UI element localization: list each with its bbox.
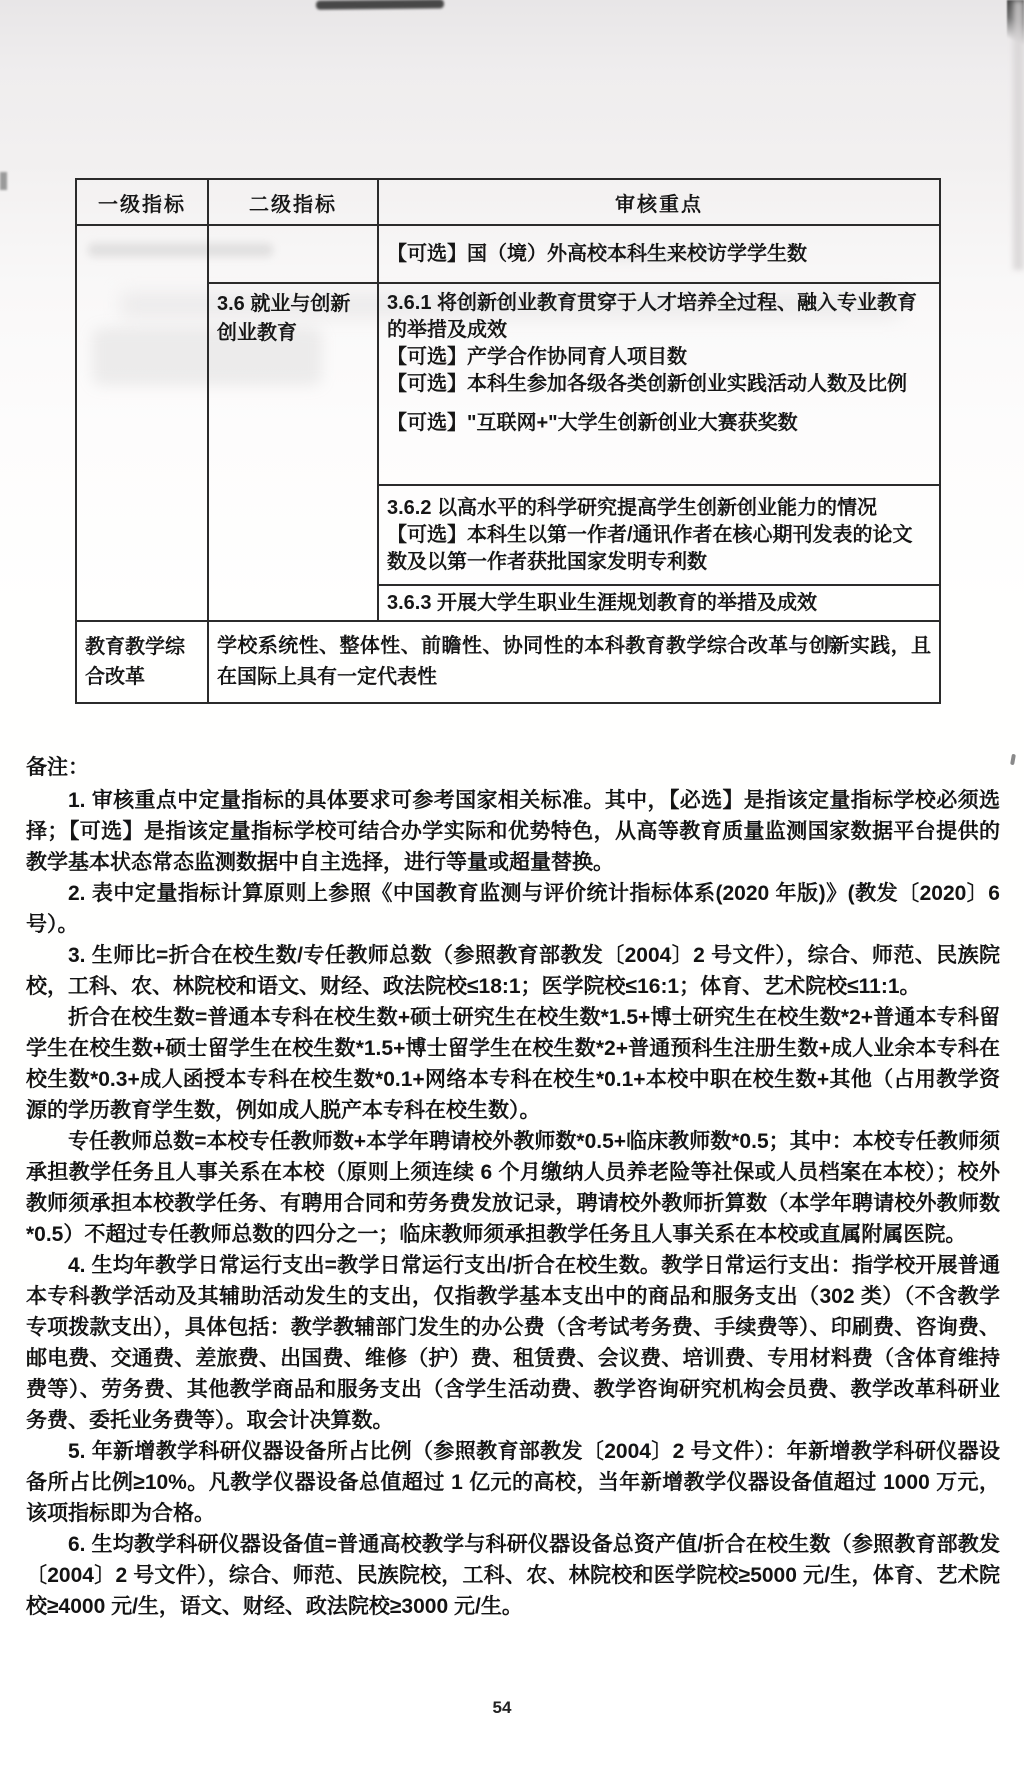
header-level1-indicator: 一级指标 xyxy=(76,179,208,225)
focus-361: 3.6.1 将创新创业教育贯穿于人才培养全过程、融入专业教育的举措及成效 【可选… xyxy=(378,283,940,485)
table-header-row: 一级指标 二级指标 审核重点 xyxy=(76,179,940,225)
focus-intl-students: 【可选】国（境）外高校本科生来校访学学生数 xyxy=(378,225,940,283)
note-6: 6. 生均教学科研仪器设备值=普通高校教学与科研仪器设备总资产值/折合在校生数（… xyxy=(26,1529,1000,1622)
reform-content: 学校系统性、整体性、前瞻性、协同性的本科教育教学综合改革与创新实践，且在国际上具… xyxy=(208,621,940,703)
page-number: 54 xyxy=(462,1698,542,1718)
level1-empty-cell xyxy=(76,225,208,621)
indicator-table: 一级指标 二级指标 审核重点 【可选】国（境）外高校本科生来校访学学生数 3.6… xyxy=(75,178,941,704)
table-row: 【可选】国（境）外高校本科生来校访学学生数 xyxy=(76,225,940,283)
note-3-formula-teachers: 专任教师总数=本校专任教师数+本学年聘请校外教师数*0.5+临床教师数*0.5；… xyxy=(26,1126,1000,1250)
focus-361-optional-3: 【可选】"互联网+"大学生创新创业大赛获奖数 xyxy=(387,410,931,437)
note-4: 4. 生均年教学日常运行支出=教学日常运行支出/折合在校生数。教学日常运行支出：… xyxy=(26,1250,1000,1436)
note-3: 3. 生师比=折合在校生数/专任教师总数（参照教育部教发〔2004〕2 号文件）… xyxy=(26,940,1000,1002)
scan-edge-shadow xyxy=(1013,0,1024,270)
note-2: 2. 表中定量指标计算原则上参照《中国教育监测与评价统计指标体系(2020 年版… xyxy=(26,878,1000,940)
focus-362-text: 3.6.2 以高水平的科学研究提高学生创新创业能力的情况 xyxy=(387,495,931,522)
note-1: 1. 审核重点中定量指标的具体要求可参考国家相关标准。其中，【必选】是指该定量指… xyxy=(26,785,1000,878)
header-review-focus: 审核重点 xyxy=(378,179,940,225)
header-level2-indicator: 二级指标 xyxy=(208,179,378,225)
scan-corner-mark xyxy=(1007,0,1024,46)
notes-label: 备注： xyxy=(26,752,1000,783)
scan-smudge-top xyxy=(316,0,444,10)
focus-361-optional-1: 【可选】产学合作协同育人项目数 xyxy=(387,344,931,371)
focus-361-text: 3.6.1 将创新创业教育贯穿于人才培养全过程、融入专业教育的举措及成效 xyxy=(387,290,931,344)
level2-36-employment-innovation: 3.6 就业与创新创业教育 xyxy=(208,283,378,621)
focus-361-optional-2: 【可选】本科生参加各级各类创新创业实践活动人数及比例 xyxy=(387,371,931,398)
stray-mark xyxy=(1010,754,1016,766)
note-5: 5. 年新增教学科研仪器设备所占比例（参照教育部教发〔2004〕2 号文件）：年… xyxy=(26,1436,1000,1529)
focus-362-optional-1: 【可选】本科生以第一作者/通讯作者在核心期刊发表的论文数及以第一作者获批国家发明… xyxy=(387,522,931,576)
level1-education-reform: 教育教学综合改革 xyxy=(76,621,208,703)
table-row: 教育教学综合改革 学校系统性、整体性、前瞻性、协同性的本科教育教学综合改革与创新… xyxy=(76,621,940,703)
notes-section: 备注： 1. 审核重点中定量指标的具体要求可参考国家相关标准。其中，【必选】是指… xyxy=(26,752,1000,1622)
level2-empty-cell xyxy=(208,225,378,283)
focus-362: 3.6.2 以高水平的科学研究提高学生创新创业能力的情况 【可选】本科生以第一作… xyxy=(378,485,940,585)
note-3-formula-students: 折合在校生数=普通本专科在校生数+硕士研究生在校生数*1.5+博士研究生在校生数… xyxy=(26,1002,1000,1126)
scan-speck xyxy=(0,172,7,190)
focus-363: 3.6.3 开展大学生职业生涯规划教育的举措及成效 xyxy=(378,585,940,621)
